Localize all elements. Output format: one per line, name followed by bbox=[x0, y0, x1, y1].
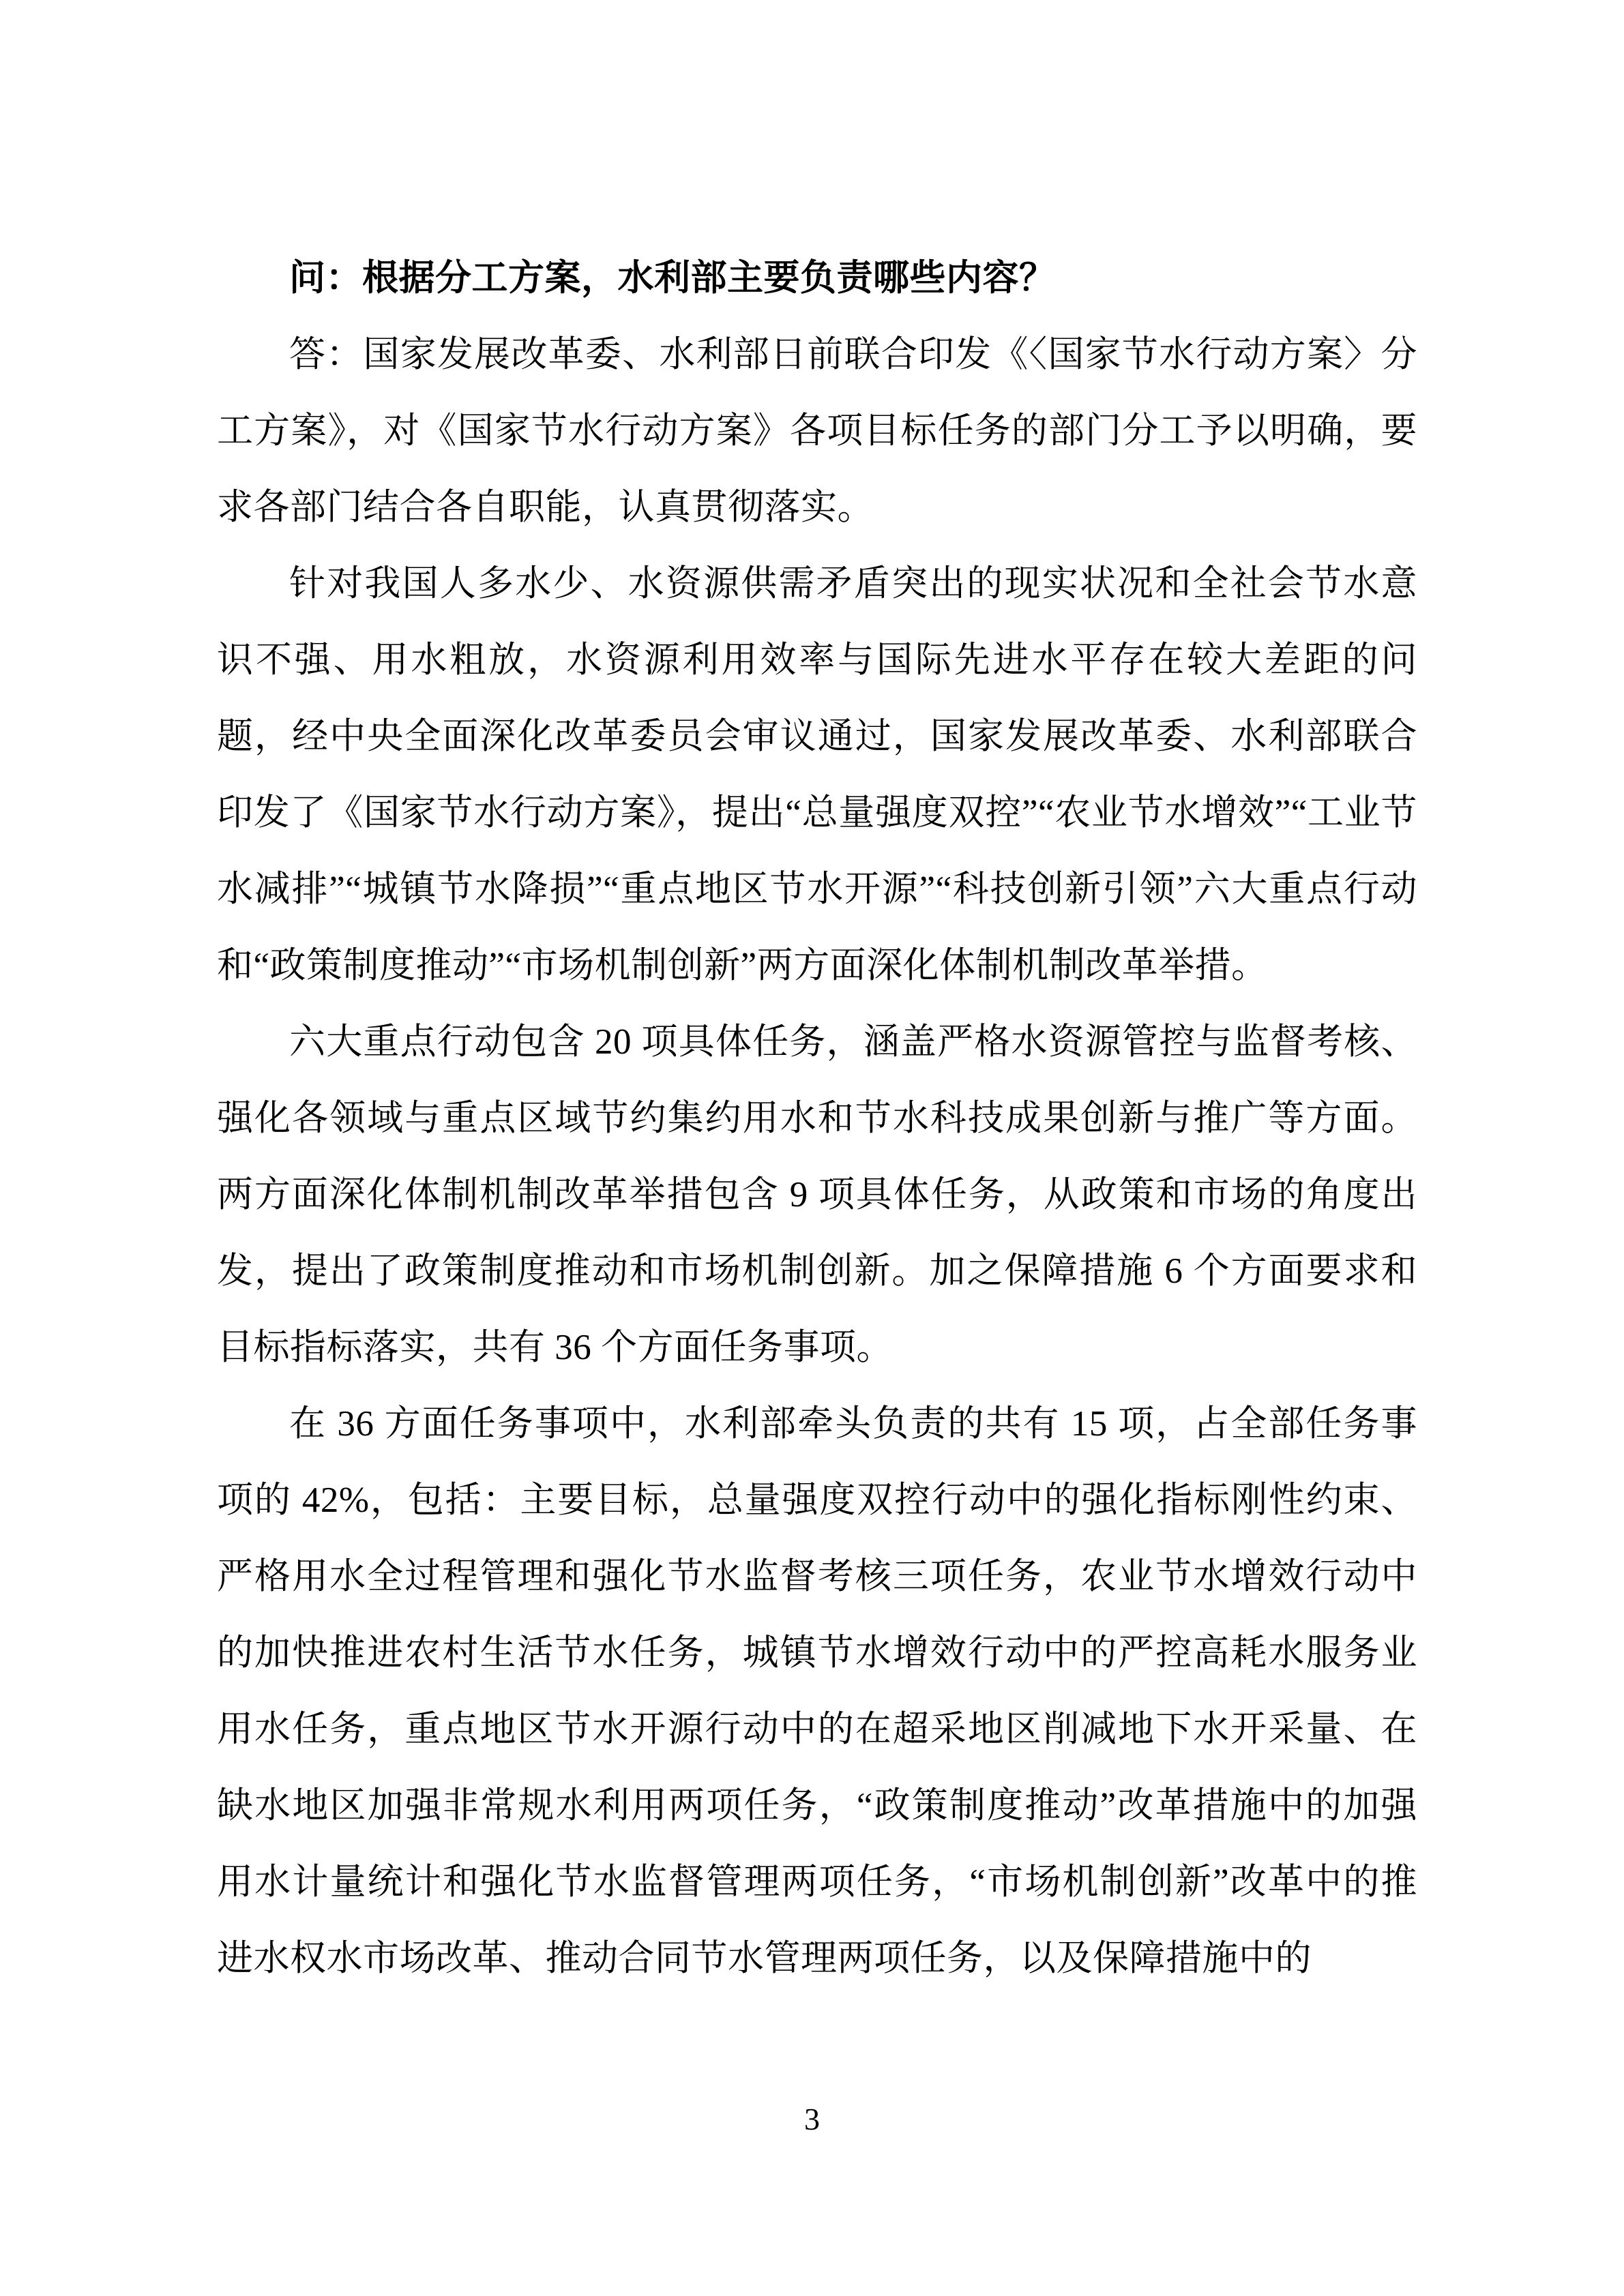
answer-paragraph: 答：国家发展改革委、水利部日前联合印发《〈国家节水行动方案〉分工方案》，对《国家… bbox=[217, 316, 1417, 546]
body-paragraph: 六大重点行动包含 20 项具体任务，涵盖严格水资源管控与监督考核、强化各领域与重… bbox=[217, 1004, 1417, 1386]
document-body: 问：根据分工方案，水利部主要负责哪些内容？ 答：国家发展改革委、水利部日前联合印… bbox=[217, 240, 1417, 1997]
page-number: 3 bbox=[0, 2099, 1624, 2140]
question-heading: 问：根据分工方案，水利部主要负责哪些内容？ bbox=[217, 240, 1417, 316]
body-paragraph: 在 36 方面任务事项中，水利部牵头负责的共有 15 项，占全部任务事项的 42… bbox=[217, 1386, 1417, 1997]
body-paragraph: 针对我国人多水少、水资源供需矛盾突出的现实状况和全社会节水意识不强、用水粗放，水… bbox=[217, 546, 1417, 1004]
document-page: 问：根据分工方案，水利部主要负责哪些内容？ 答：国家发展改革委、水利部日前联合印… bbox=[0, 0, 1624, 2296]
